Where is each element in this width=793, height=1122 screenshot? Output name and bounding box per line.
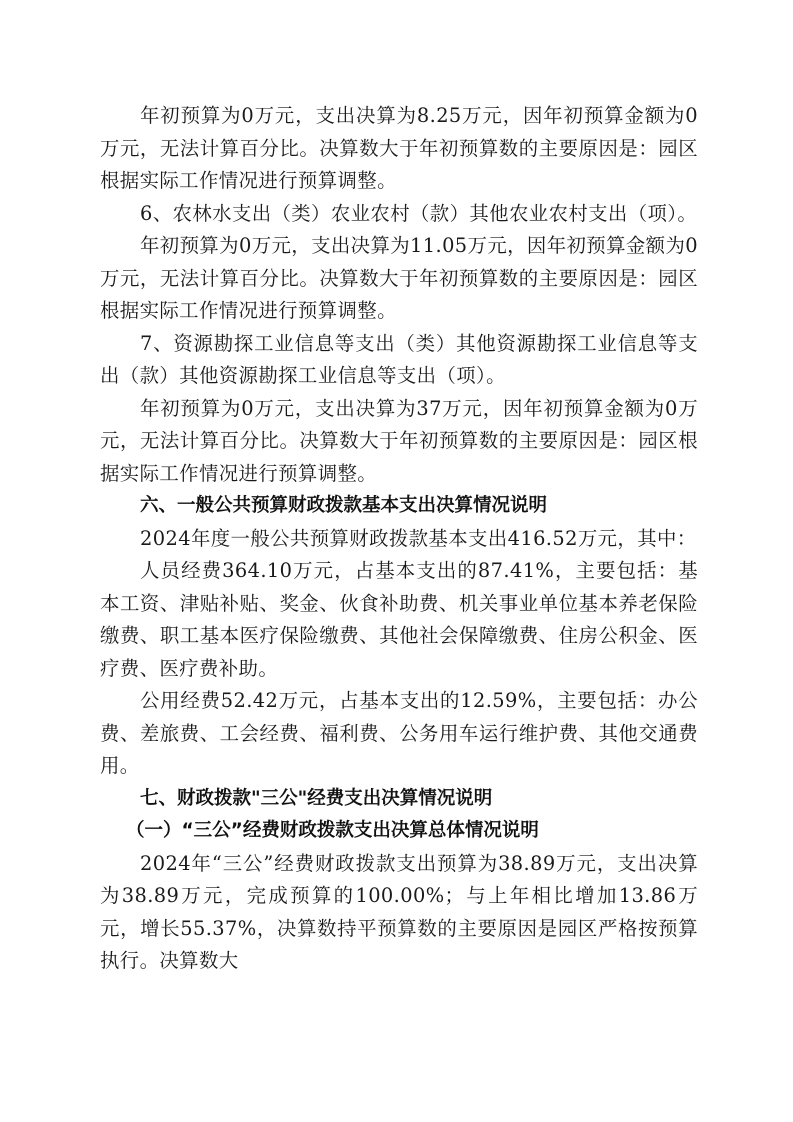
paragraph-item6-budget-explanation: 年初预算为0万元，支出决算为11.05万元，因年初预算金额为0万元，无法计算百分… xyxy=(100,230,698,328)
paragraph-item7-budget-explanation: 年初预算为0万元，支出决算为37万元，因年初预算金额为0万元，无法计算百分比。决… xyxy=(100,393,698,491)
subsection-heading-7-1: （一）“三公”经费财政拨款支出决算总体情况说明 xyxy=(100,815,698,848)
paragraph-personnel-expenses: 人员经费364.10万元，占基本支出的87.41%，主要包括：基本工资、津贴补贴… xyxy=(100,555,698,685)
paragraph-item5-budget-explanation: 年初预算为0万元，支出决算为8.25万元，因年初预算金额为0万元，无法计算百分比… xyxy=(100,100,698,198)
paragraph-public-expenses: 公用经费52.42万元，占基本支出的12.59%，主要包括：办公费、差旅费、工会… xyxy=(100,685,698,783)
section-heading-6: 六、一般公共预算财政拨款基本支出决算情况说明 xyxy=(100,490,698,523)
paragraph-three-public-overview: 2024年“三公”经费财政拨款支出预算为38.89万元，支出决算为38.89万元… xyxy=(100,848,698,978)
paragraph-basic-expenditure-total: 2024年度一般公共预算财政拨款基本支出416.52万元，其中： xyxy=(100,523,698,556)
paragraph-item7-title: 7、资源勘探工业信息等支出（类）其他资源勘探工业信息等支出（款）其他资源勘探工业… xyxy=(100,328,698,393)
section-heading-7: 七、财政拨款"三公"经费支出决算情况说明 xyxy=(100,783,698,816)
document-page: 年初预算为0万元，支出决算为8.25万元，因年初预算金额为0万元，无法计算百分比… xyxy=(100,100,698,978)
paragraph-item6-title: 6、农林水支出（类）农业农村（款）其他农业农村支出（项）。 xyxy=(100,198,698,231)
